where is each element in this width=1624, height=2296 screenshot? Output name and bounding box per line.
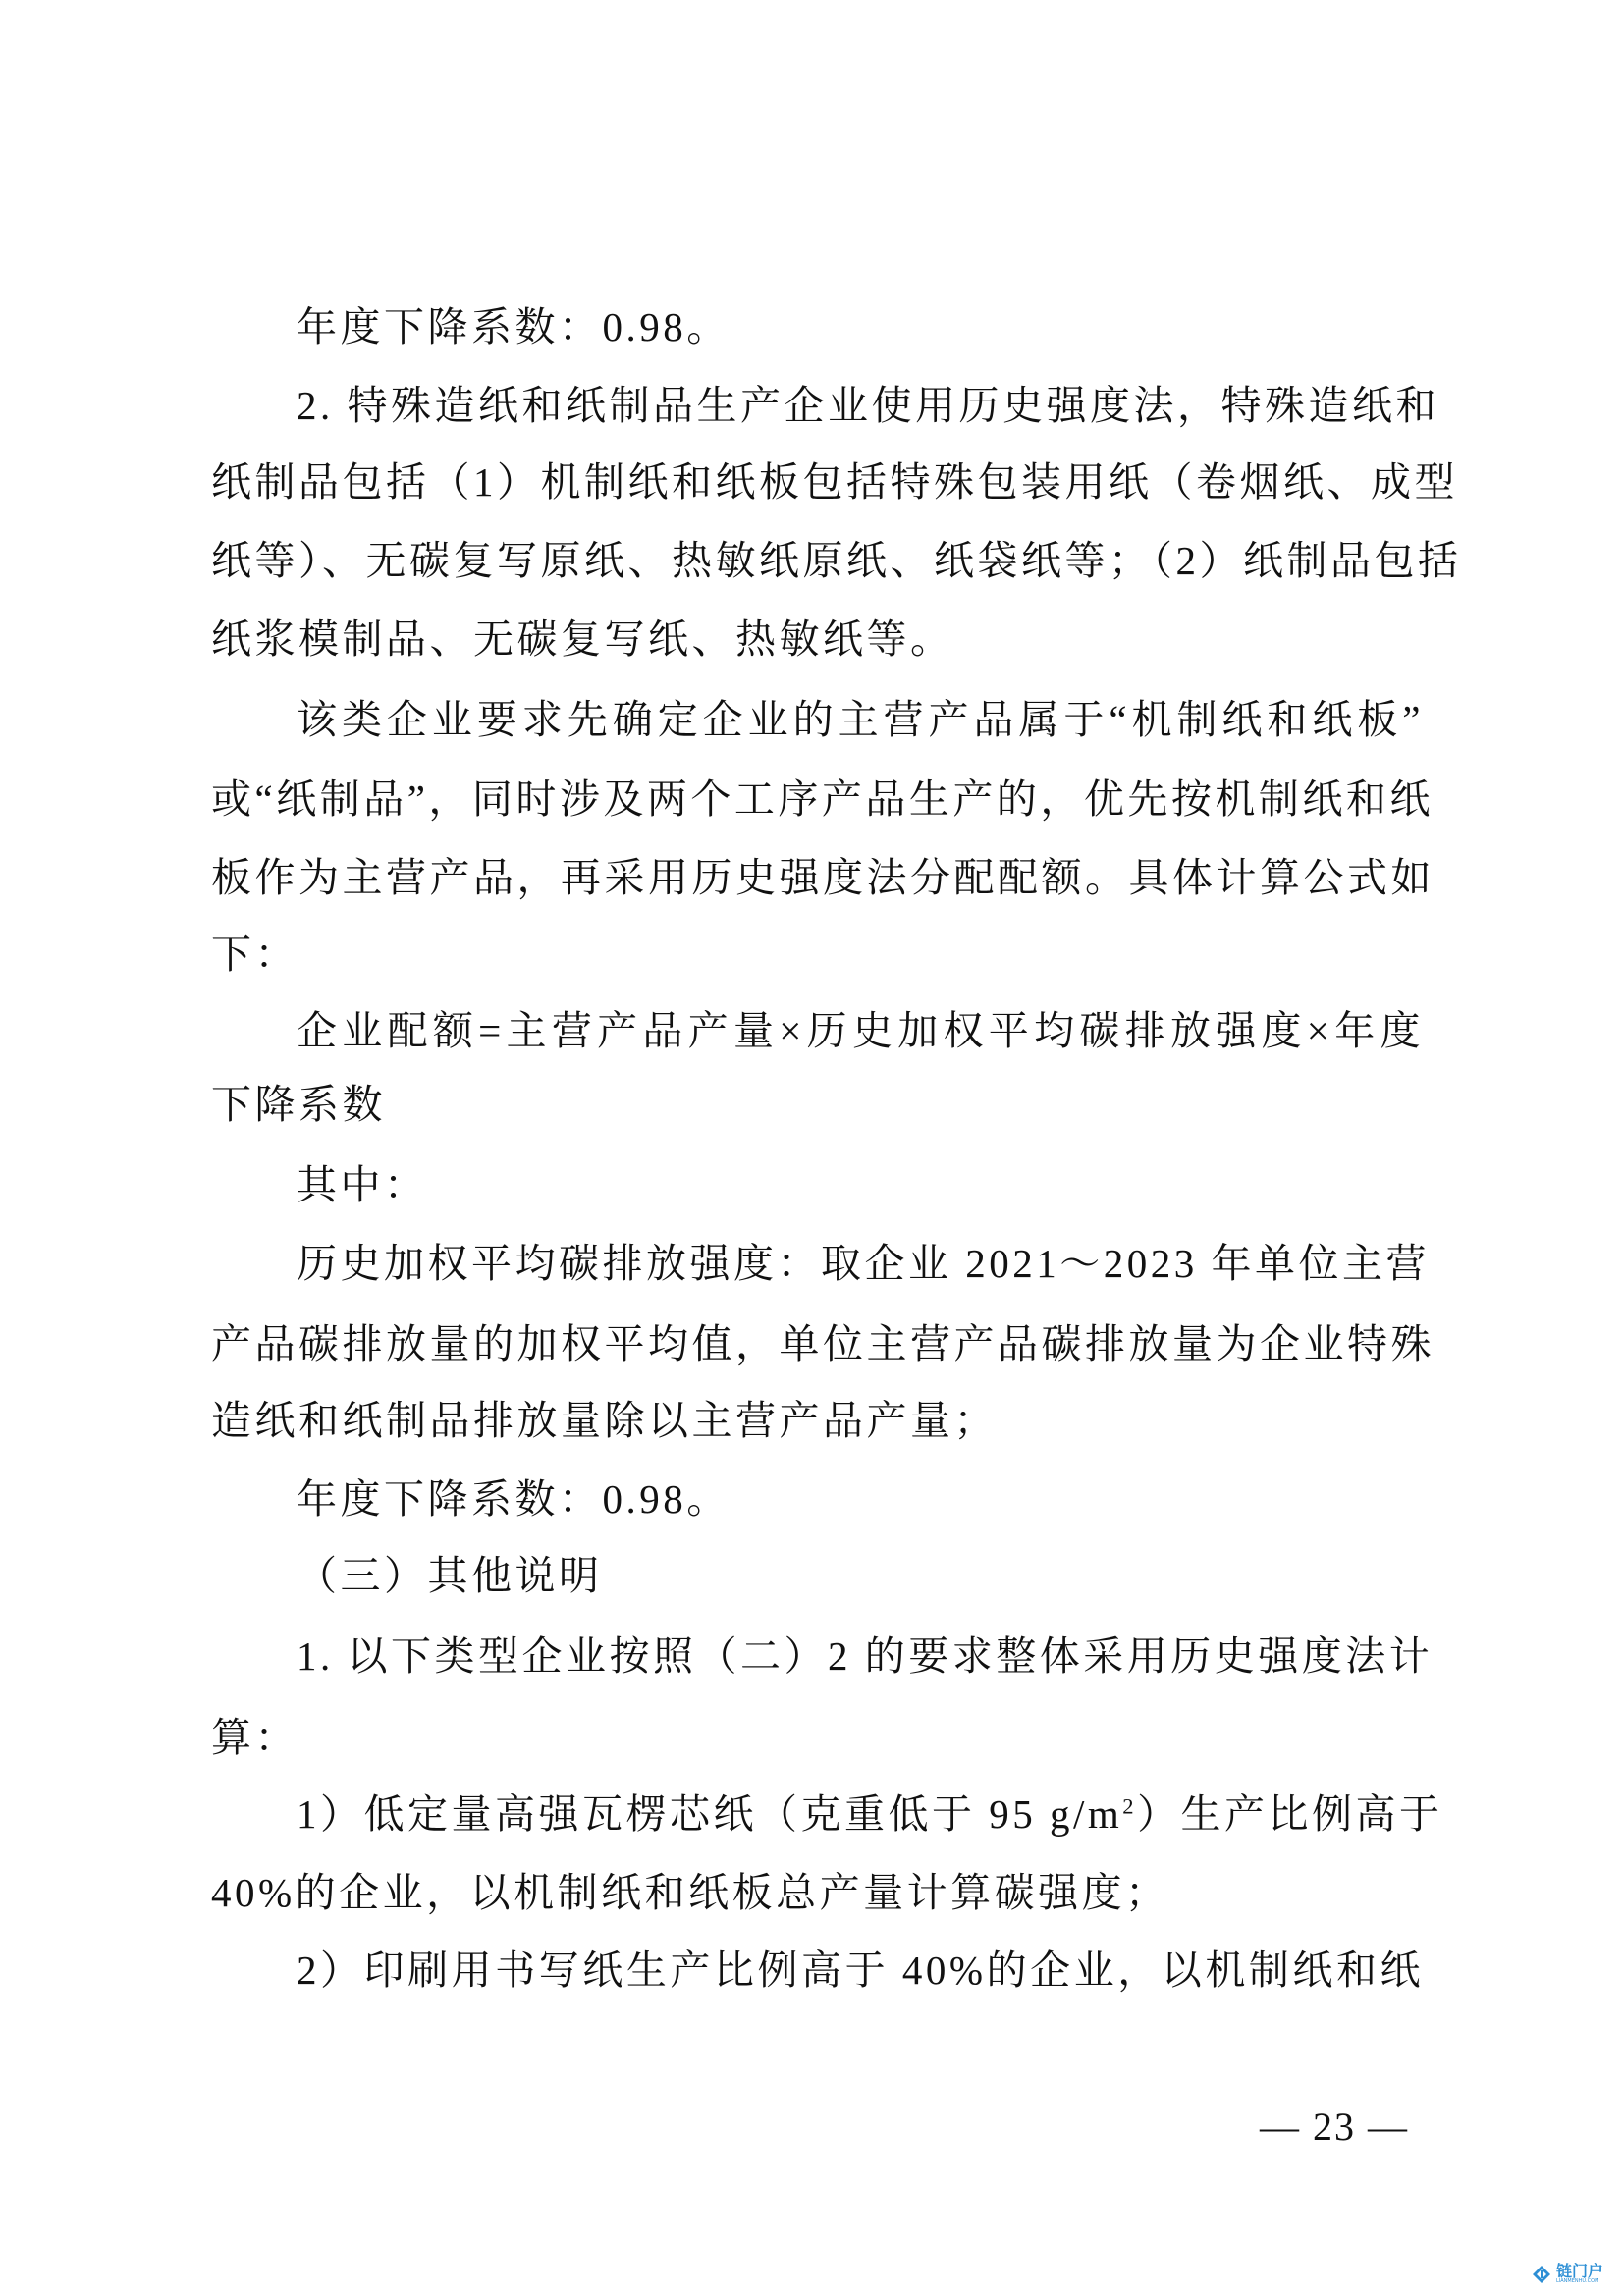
watermark-brand-cn: 链门户 bbox=[1556, 2264, 1603, 2279]
document-page: 年度下降系数：0.98。 2. 特殊造纸和纸制品生产企业使用历史强度法，特殊造纸… bbox=[0, 0, 1624, 2296]
text-line-14: 产品碳排放量的加权平均值，单位主营产品碳排放量为企业特殊 bbox=[211, 1314, 1424, 1373]
text-line-7: 或“纸制品”，同时涉及两个工序产品生产的，优先按机制纸和纸 bbox=[211, 770, 1424, 828]
text-line-5: 纸浆模制品、无碳复写纸、热敏纸等。 bbox=[211, 610, 1424, 668]
text-line-4: 纸等）、无碳复写原纸、热敏纸原纸、纸袋纸等；（2）纸制品包括 bbox=[211, 531, 1424, 590]
watermark-brand-en: LIANMENHU.COM bbox=[1556, 2279, 1603, 2284]
text-line-19: 算： bbox=[211, 1708, 1424, 1767]
text-line-16: 年度下降系数：0.98。 bbox=[297, 1469, 1424, 1528]
text-line-15: 造纸和纸制品排放量除以主营产品产量； bbox=[211, 1391, 1424, 1450]
page-number: — 23 — bbox=[1260, 2098, 1409, 2157]
text-line-20-before: 1）低定量高强瓦楞芯纸（克重低于 95 g/m bbox=[297, 1791, 1122, 1837]
section-heading: （三）其他说明 bbox=[297, 1546, 1424, 1605]
text-line-22: 2）印刷用书写纸生产比例高于 40%的企业，以机制纸和纸 bbox=[297, 1941, 1424, 2000]
superscript: 2 bbox=[1122, 1793, 1137, 1818]
text-line-20: 1）低定量高强瓦楞芯纸（克重低于 95 g/m2）生产比例高于 bbox=[297, 1785, 1424, 1843]
text-line-13: 历史加权平均碳排放强度：取企业 2021～2023 年单位主营 bbox=[297, 1234, 1424, 1293]
formula-line-1: 企业配额=主营产品产量×历史加权平均碳排放强度×年度 bbox=[297, 1001, 1424, 1060]
text-line-9: 下： bbox=[211, 925, 1424, 984]
text-line-3: 纸制品包括（1）机制纸和纸板包括特殊包装用纸（卷烟纸、成型 bbox=[211, 453, 1424, 511]
watermark: 链门户 LIANMENHU.COM bbox=[1532, 2264, 1603, 2284]
text-line-1: 年度下降系数：0.98。 bbox=[297, 297, 1424, 356]
text-line-8: 板作为主营产品，再采用历史强度法分配配额。具体计算公式如 bbox=[211, 848, 1424, 907]
text-line-21: 40%的企业，以机制纸和纸板总产量计算碳强度； bbox=[211, 1863, 1424, 1922]
text-line-6: 该类企业要求先确定企业的主营产品属于“机制纸和纸板” bbox=[297, 690, 1424, 749]
text-line-20-after: ）生产比例高于 bbox=[1137, 1791, 1443, 1837]
text-line-2: 2. 特殊造纸和纸制品生产企业使用历史强度法，特殊造纸和 bbox=[297, 376, 1424, 435]
brand-logo-icon bbox=[1532, 2265, 1551, 2284]
formula-line-2: 下降系数 bbox=[211, 1075, 1424, 1134]
text-line-12: 其中： bbox=[297, 1155, 1424, 1214]
text-line-18: 1. 以下类型企业按照（二）2 的要求整体采用历史强度法计 bbox=[297, 1627, 1424, 1685]
